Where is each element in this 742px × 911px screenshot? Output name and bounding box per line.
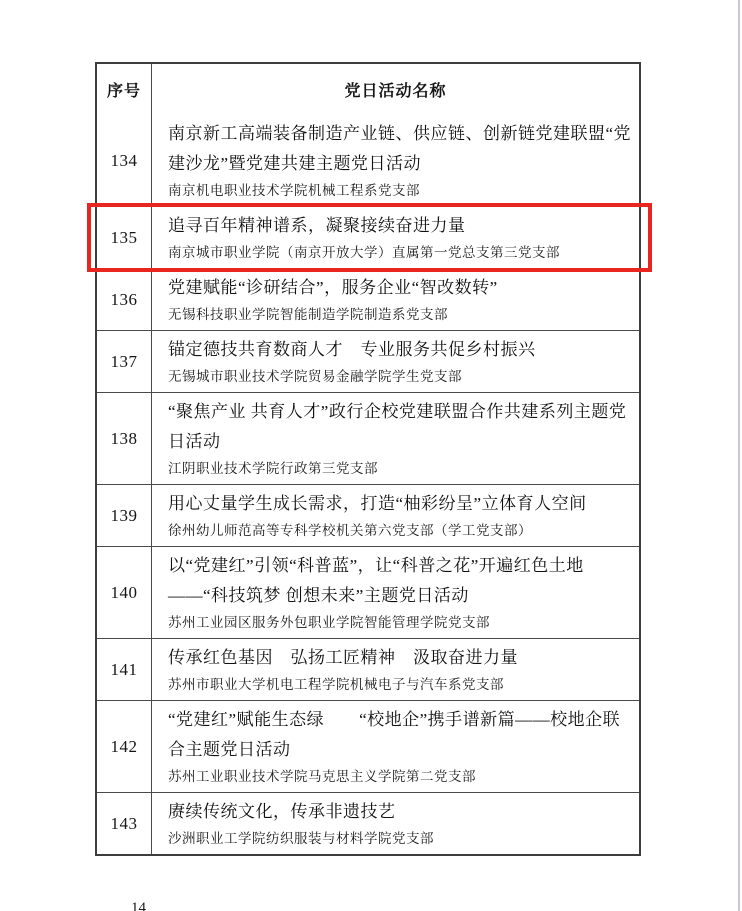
row-content: 赓续传统文化，传承非遗技艺 沙洲职业工学院纺织服装与材料学院党支部 — [152, 793, 639, 854]
page-number: 14 — [131, 900, 146, 911]
row-content: 用心丈量学生成长需求，打造“柚彩纷呈”立体育人空间 徐州幼儿师范高等专科学校机关… — [152, 485, 639, 546]
branch-name: 苏州工业园区服务外包职业学院智能管理学院党支部 — [168, 612, 635, 634]
activity-title: 用心丈量学生成长需求，打造“柚彩纷呈”立体育人空间 — [168, 489, 635, 519]
table-row: 141 传承红色基因 弘扬工匠精神 汲取奋进力量 苏州市职业大学机电工程学院机械… — [97, 638, 639, 700]
table-header-row: 序号 党日活动名称 — [97, 64, 639, 115]
page-edge-line — [738, 0, 740, 911]
row-index: 140 — [97, 547, 152, 638]
branch-name: 苏州工业职业技术学院马克思主义学院第二党支部 — [168, 766, 635, 788]
table-row: 137 锚定德技共育数商人才 专业服务共促乡村振兴 无锡城市职业技术学院贸易金融… — [97, 330, 639, 392]
table-row: 136 党建赋能“诊研结合”，服务企业“智改数转” 无锡科技职业学院智能制造学院… — [97, 268, 639, 330]
row-index: 137 — [97, 331, 152, 392]
activity-title: 传承红色基因 弘扬工匠精神 汲取奋进力量 — [168, 643, 635, 673]
table-row: 134 南京新工高端装备制造产业链、供应链、创新链党建联盟“党建沙龙”暨党建共建… — [97, 115, 639, 206]
row-content: 以“党建红”引领“科普蓝”，让“科普之花”开遍红色土地——“科技筑梦 创想未来”… — [152, 547, 639, 638]
document-page: { "page": { "page_number": "14" }, "high… — [0, 0, 742, 911]
branch-name: 徐州幼儿师范高等专科学校机关第六党支部（学工党支部） — [168, 520, 635, 542]
row-content: 传承红色基因 弘扬工匠精神 汲取奋进力量 苏州市职业大学机电工程学院机械电子与汽… — [152, 639, 639, 700]
branch-name: 沙洲职业工学院纺织服装与材料学院党支部 — [168, 828, 635, 850]
branch-name: 江阴职业技术学院行政第三党支部 — [168, 458, 635, 480]
row-index: 136 — [97, 269, 152, 330]
row-content: 追寻百年精神谱系，凝聚接续奋进力量 南京城市职业学院（南京开放大学）直属第一党总… — [152, 207, 639, 268]
branch-name: 南京城市职业学院（南京开放大学）直属第一党总支第三党支部 — [168, 242, 635, 264]
row-content: 锚定德技共育数商人才 专业服务共促乡村振兴 无锡城市职业技术学院贸易金融学院学生… — [152, 331, 639, 392]
table-row: 139 用心丈量学生成长需求，打造“柚彩纷呈”立体育人空间 徐州幼儿师范高等专科… — [97, 484, 639, 546]
row-index: 138 — [97, 393, 152, 484]
table-row: 140 以“党建红”引领“科普蓝”，让“科普之花”开遍红色土地——“科技筑梦 创… — [97, 546, 639, 638]
activity-title: 锚定德技共育数商人才 专业服务共促乡村振兴 — [168, 335, 635, 365]
row-content: 南京新工高端装备制造产业链、供应链、创新链党建联盟“党建沙龙”暨党建共建主题党日… — [152, 115, 639, 206]
party-activity-table: 序号 党日活动名称 134 南京新工高端装备制造产业链、供应链、创新链党建联盟“… — [95, 62, 641, 856]
table-rows: 134 南京新工高端装备制造产业链、供应链、创新链党建联盟“党建沙龙”暨党建共建… — [97, 115, 639, 854]
branch-name: 南京机电职业技术学院机械工程系党支部 — [168, 180, 635, 202]
header-activity-name: 党日活动名称 — [152, 64, 639, 115]
row-content: “党建红”赋能生态绿 “校地企”携手谱新篇——校地企联合主题党日活动 苏州工业职… — [152, 701, 639, 792]
table-row: 135 追寻百年精神谱系，凝聚接续奋进力量 南京城市职业学院（南京开放大学）直属… — [97, 206, 639, 268]
row-index: 142 — [97, 701, 152, 792]
row-content: 党建赋能“诊研结合”，服务企业“智改数转” 无锡科技职业学院智能制造学院制造系党… — [152, 269, 639, 330]
activity-title: 以“党建红”引领“科普蓝”，让“科普之花”开遍红色土地——“科技筑梦 创想未来”… — [168, 551, 635, 611]
activity-title: “聚焦产业 共育人才”政行企校党建联盟合作共建系列主题党日活动 — [168, 397, 635, 457]
header-index: 序号 — [97, 64, 152, 115]
activity-title: 南京新工高端装备制造产业链、供应链、创新链党建联盟“党建沙龙”暨党建共建主题党日… — [168, 119, 635, 179]
activity-title: “党建红”赋能生态绿 “校地企”携手谱新篇——校地企联合主题党日活动 — [168, 705, 635, 765]
row-index: 143 — [97, 793, 152, 854]
activity-title: 追寻百年精神谱系，凝聚接续奋进力量 — [168, 211, 635, 241]
branch-name: 无锡城市职业技术学院贸易金融学院学生党支部 — [168, 366, 635, 388]
row-index: 141 — [97, 639, 152, 700]
activity-title: 党建赋能“诊研结合”，服务企业“智改数转” — [168, 273, 635, 303]
row-content: “聚焦产业 共育人才”政行企校党建联盟合作共建系列主题党日活动 江阴职业技术学院… — [152, 393, 639, 484]
branch-name: 苏州市职业大学机电工程学院机械电子与汽车系党支部 — [168, 674, 635, 696]
table-row: 143 赓续传统文化，传承非遗技艺 沙洲职业工学院纺织服装与材料学院党支部 — [97, 792, 639, 854]
row-index: 139 — [97, 485, 152, 546]
row-index: 135 — [97, 207, 152, 268]
branch-name: 无锡科技职业学院智能制造学院制造系党支部 — [168, 304, 635, 326]
table-row: 138 “聚焦产业 共育人才”政行企校党建联盟合作共建系列主题党日活动 江阴职业… — [97, 392, 639, 484]
row-index: 134 — [97, 115, 152, 206]
table-row: 142 “党建红”赋能生态绿 “校地企”携手谱新篇——校地企联合主题党日活动 苏… — [97, 700, 639, 792]
activity-title: 赓续传统文化，传承非遗技艺 — [168, 797, 635, 827]
